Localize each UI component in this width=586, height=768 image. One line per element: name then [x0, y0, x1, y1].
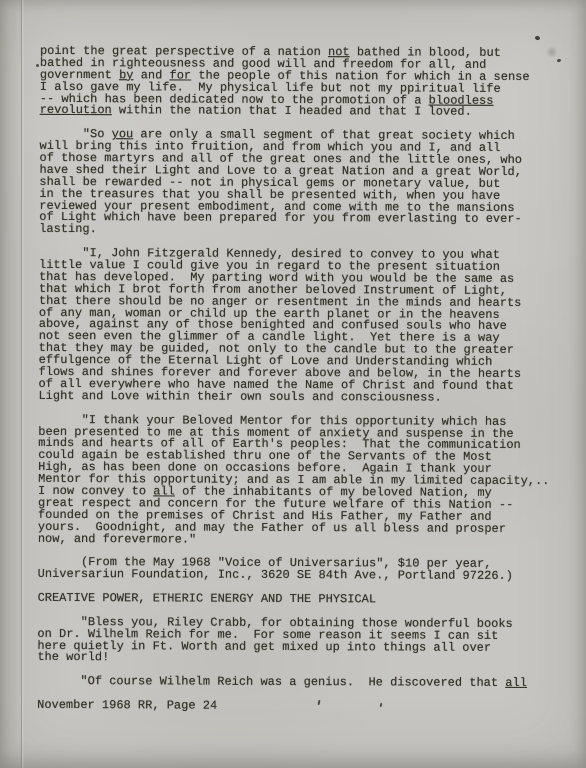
source-citation: (From the May 1968 "Voice of Universariu…: [38, 557, 560, 583]
paragraph: point the great perspective of a nation …: [40, 46, 562, 120]
scanned-page: point the great perspective of a nation …: [0, 0, 586, 768]
page-left-shading: [0, 0, 21, 768]
section-heading: CREATIVE POWER, ETHERIC ENERGY AND THE P…: [38, 593, 560, 607]
text-line: revolution within the nation that I head…: [40, 105, 562, 119]
text-line: "Of course Wilhelm Reich was a genius. H…: [37, 676, 559, 690]
text-line: lasting.: [39, 224, 561, 238]
text-line: Universariun Foundation, Inc., 3620 SE 8…: [38, 569, 560, 583]
scan-crease-line: [21, 0, 22, 768]
paragraph: "I thank your Beloved Mentor for this op…: [38, 414, 561, 547]
ink-speck: [534, 35, 540, 40]
paragraph: "So you are only a small segment of that…: [39, 129, 561, 238]
document-text: point the great perspective of a nation …: [37, 46, 562, 714]
text-line: now, and forevermore.": [38, 533, 560, 547]
text-line: November 1968 RR, Page 24: [37, 700, 559, 714]
text-line: CREATIVE POWER, ETHERIC ENERGY AND THE P…: [38, 593, 560, 607]
page-footer: November 1968 RR, Page 24: [37, 700, 559, 714]
ink-speck: [36, 64, 39, 67]
paragraph: "I, John Fitzgerald Kennedy, desired to …: [38, 248, 561, 405]
paragraph: "Bless you, Riley Crabb, for obtaining t…: [37, 617, 559, 667]
text-line: the world!: [37, 652, 559, 666]
text-line: Light and Love within their own souls an…: [38, 391, 560, 405]
text-line: here quietly in Ft. Worth and get mixed …: [37, 640, 559, 654]
paragraph: "Of course Wilhelm Reich was a genius. H…: [37, 676, 559, 690]
